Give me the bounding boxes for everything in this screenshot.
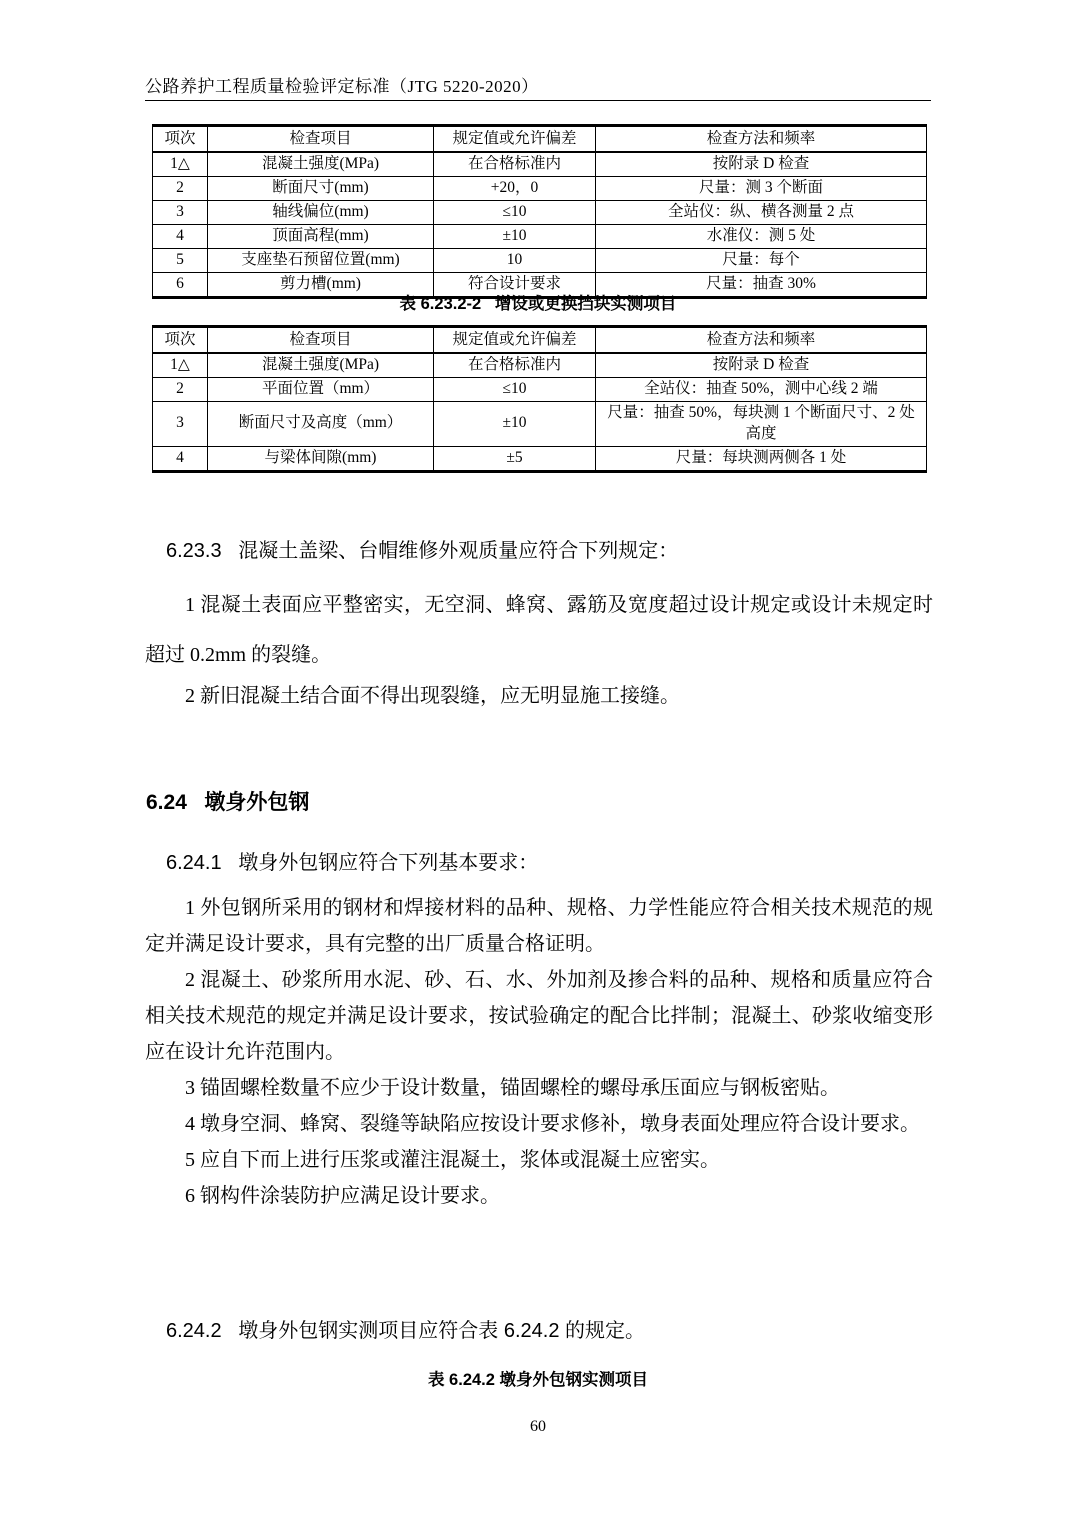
col-header-check-item: 检查项目 — [208, 126, 434, 153]
table-row: 2 断面尺寸(mm) +20，0 尺量：测 3 个断面 — [153, 176, 927, 200]
table-cell: 支座垫石预留位置(mm) — [208, 248, 434, 272]
table-cell: ±10 — [434, 224, 596, 248]
table-cell: ±10 — [434, 401, 596, 446]
table-cell: 10 — [434, 248, 596, 272]
page-number: 60 — [145, 1418, 931, 1436]
section-heading-6-24: 6.24 墩身外包钢 — [146, 786, 932, 816]
table-row: 4 顶面高程(mm) ±10 水准仪：测 5 处 — [153, 224, 927, 248]
table-row: 3 断面尺寸及高度（mm） ±10 尺量：抽查 50%，每块测 1 个断面尺寸、… — [153, 401, 927, 446]
table-cell: 2 — [153, 377, 208, 401]
table-cell: 顶面高程(mm) — [208, 224, 434, 248]
col-header-item-no: 项次 — [153, 327, 208, 354]
table-cell: 4 — [153, 446, 208, 471]
table-cell: 与梁体间隙(mm) — [208, 446, 434, 471]
table-row: 1△ 混凝土强度(MPa) 在合格标准内 按附录 D 检查 — [153, 152, 927, 176]
col-header-method: 检查方法和频率 — [596, 126, 927, 153]
table-cell: 3 — [153, 200, 208, 224]
paragraph-6-24-1-2: 2 混凝土、砂浆所用水泥、砂、石、水、外加剂及掺合料的品种、规格和质量应符合相关… — [145, 962, 933, 1070]
paragraph-6-24-1-4: 4 墩身空洞、蜂窝、裂缝等缺陷应按设计要求修补，墩身表面处理应符合设计要求。 — [145, 1106, 933, 1142]
table-cell: 4 — [153, 224, 208, 248]
running-head-title: 公路养护工程质量检验评定标准（JTG 5220-2020） — [145, 72, 931, 97]
table-cell: 尺量：测 3 个断面 — [596, 176, 927, 200]
col-header-tolerance: 规定值或允许偏差 — [434, 327, 596, 354]
paragraph-6-24-1-6: 6 钢构件涂装防护应满足设计要求。 — [145, 1178, 933, 1214]
table-cell: 1△ — [153, 152, 208, 176]
table-cell: 3 — [153, 401, 208, 446]
table-cell: 5 — [153, 248, 208, 272]
table-cell: 尺量：每个 — [596, 248, 927, 272]
table-cell: 断面尺寸及高度（mm） — [208, 401, 434, 446]
table-header-row: 项次 检查项目 规定值或允许偏差 检查方法和频率 — [153, 327, 927, 354]
table-6-24-2-caption: 表 6.24.2 墩身外包钢实测项目 — [145, 1366, 931, 1390]
table-cell: 按附录 D 检查 — [596, 152, 927, 176]
clause-6-24-1: 6.24.1 墩身外包钢应符合下列基本要求： — [166, 846, 932, 875]
document-page: 公路养护工程质量检验评定标准（JTG 5220-2020） 项次 检查项目 规定… — [0, 0, 1074, 1520]
inspection-table-1: 项次 检查项目 规定值或允许偏差 检查方法和频率 1△ 混凝土强度(MPa) 在… — [152, 124, 927, 299]
table-row: 5 支座垫石预留位置(mm) 10 尺量：每个 — [153, 248, 927, 272]
paragraph-6-24-1-3: 3 锚固螺栓数量不应少于设计数量，锚固螺栓的螺母承压面应与钢板密贴。 — [145, 1070, 933, 1106]
table-cell: 2 — [153, 176, 208, 200]
table-cell: 在合格标准内 — [434, 353, 596, 377]
col-header-item-no: 项次 — [153, 126, 208, 153]
table-cell: 全站仪：抽查 50%，测中心线 2 端 — [596, 377, 927, 401]
table-cell: 按附录 D 检查 — [596, 353, 927, 377]
table-cell: 1△ — [153, 353, 208, 377]
clause-6-24-1-paragraphs: 1 外包钢所采用的钢材和焊接材料的品种、规格、力学性能应符合相关技术规范的规定并… — [145, 890, 933, 1214]
table-row: 3 轴线偏位(mm) ≤10 全站仪：纵、横各测量 2 点 — [153, 200, 927, 224]
table-2-caption: 表 6.23.2-2 增设或更换挡块实测项目 — [145, 290, 931, 314]
table-cell: ±5 — [434, 446, 596, 471]
col-header-method: 检查方法和频率 — [596, 327, 927, 354]
table-row: 4 与梁体间隙(mm) ±5 尺量：每块测两侧各 1 处 — [153, 446, 927, 471]
header-divider — [145, 100, 931, 101]
inspection-table-2: 项次 检查项目 规定值或允许偏差 检查方法和频率 1△ 混凝土强度(MPa) 在… — [152, 325, 927, 473]
table-cell: 水准仪：测 5 处 — [596, 224, 927, 248]
paragraph-6-23-3-1: 1 混凝土表面应平整密实，无空洞、蜂窝、露筋及宽度超过设计规定或设计未规定时超过… — [145, 580, 933, 680]
table-cell: ≤10 — [434, 200, 596, 224]
paragraph-6-24-1-5: 5 应自下而上进行压浆或灌注混凝土，浆体或混凝土应密实。 — [145, 1142, 933, 1178]
table-cell: 尺量：每块测两侧各 1 处 — [596, 446, 927, 471]
clause-6-23-3: 6.23.3 混凝土盖梁、台帽维修外观质量应符合下列规定： — [166, 534, 932, 563]
paragraph-6-24-1-1: 1 外包钢所采用的钢材和焊接材料的品种、规格、力学性能应符合相关技术规范的规定并… — [145, 890, 933, 962]
table-cell: 轴线偏位(mm) — [208, 200, 434, 224]
table-cell: 尺量：抽查 50%，每块测 1 个断面尺寸、2 处高度 — [596, 401, 927, 446]
table-header-row: 项次 检查项目 规定值或允许偏差 检查方法和频率 — [153, 126, 927, 153]
table-cell: 混凝土强度(MPa) — [208, 152, 434, 176]
table-cell: 混凝土强度(MPa) — [208, 353, 434, 377]
paragraph-6-23-3-2: 2 新旧混凝土结合面不得出现裂缝，应无明显施工接缝。 — [145, 678, 933, 714]
table-row: 1△ 混凝土强度(MPa) 在合格标准内 按附录 D 检查 — [153, 353, 927, 377]
table-cell: 在合格标准内 — [434, 152, 596, 176]
table-cell: +20，0 — [434, 176, 596, 200]
table-row: 2 平面位置（mm） ≤10 全站仪：抽查 50%，测中心线 2 端 — [153, 377, 927, 401]
table-cell: ≤10 — [434, 377, 596, 401]
col-header-check-item: 检查项目 — [208, 327, 434, 354]
table-cell: 全站仪：纵、横各测量 2 点 — [596, 200, 927, 224]
col-header-tolerance: 规定值或允许偏差 — [434, 126, 596, 153]
table-cell: 平面位置（mm） — [208, 377, 434, 401]
table-cell: 断面尺寸(mm) — [208, 176, 434, 200]
clause-6-24-2: 6.24.2 墩身外包钢实测项目应符合表 6.24.2 的规定。 — [166, 1314, 932, 1343]
